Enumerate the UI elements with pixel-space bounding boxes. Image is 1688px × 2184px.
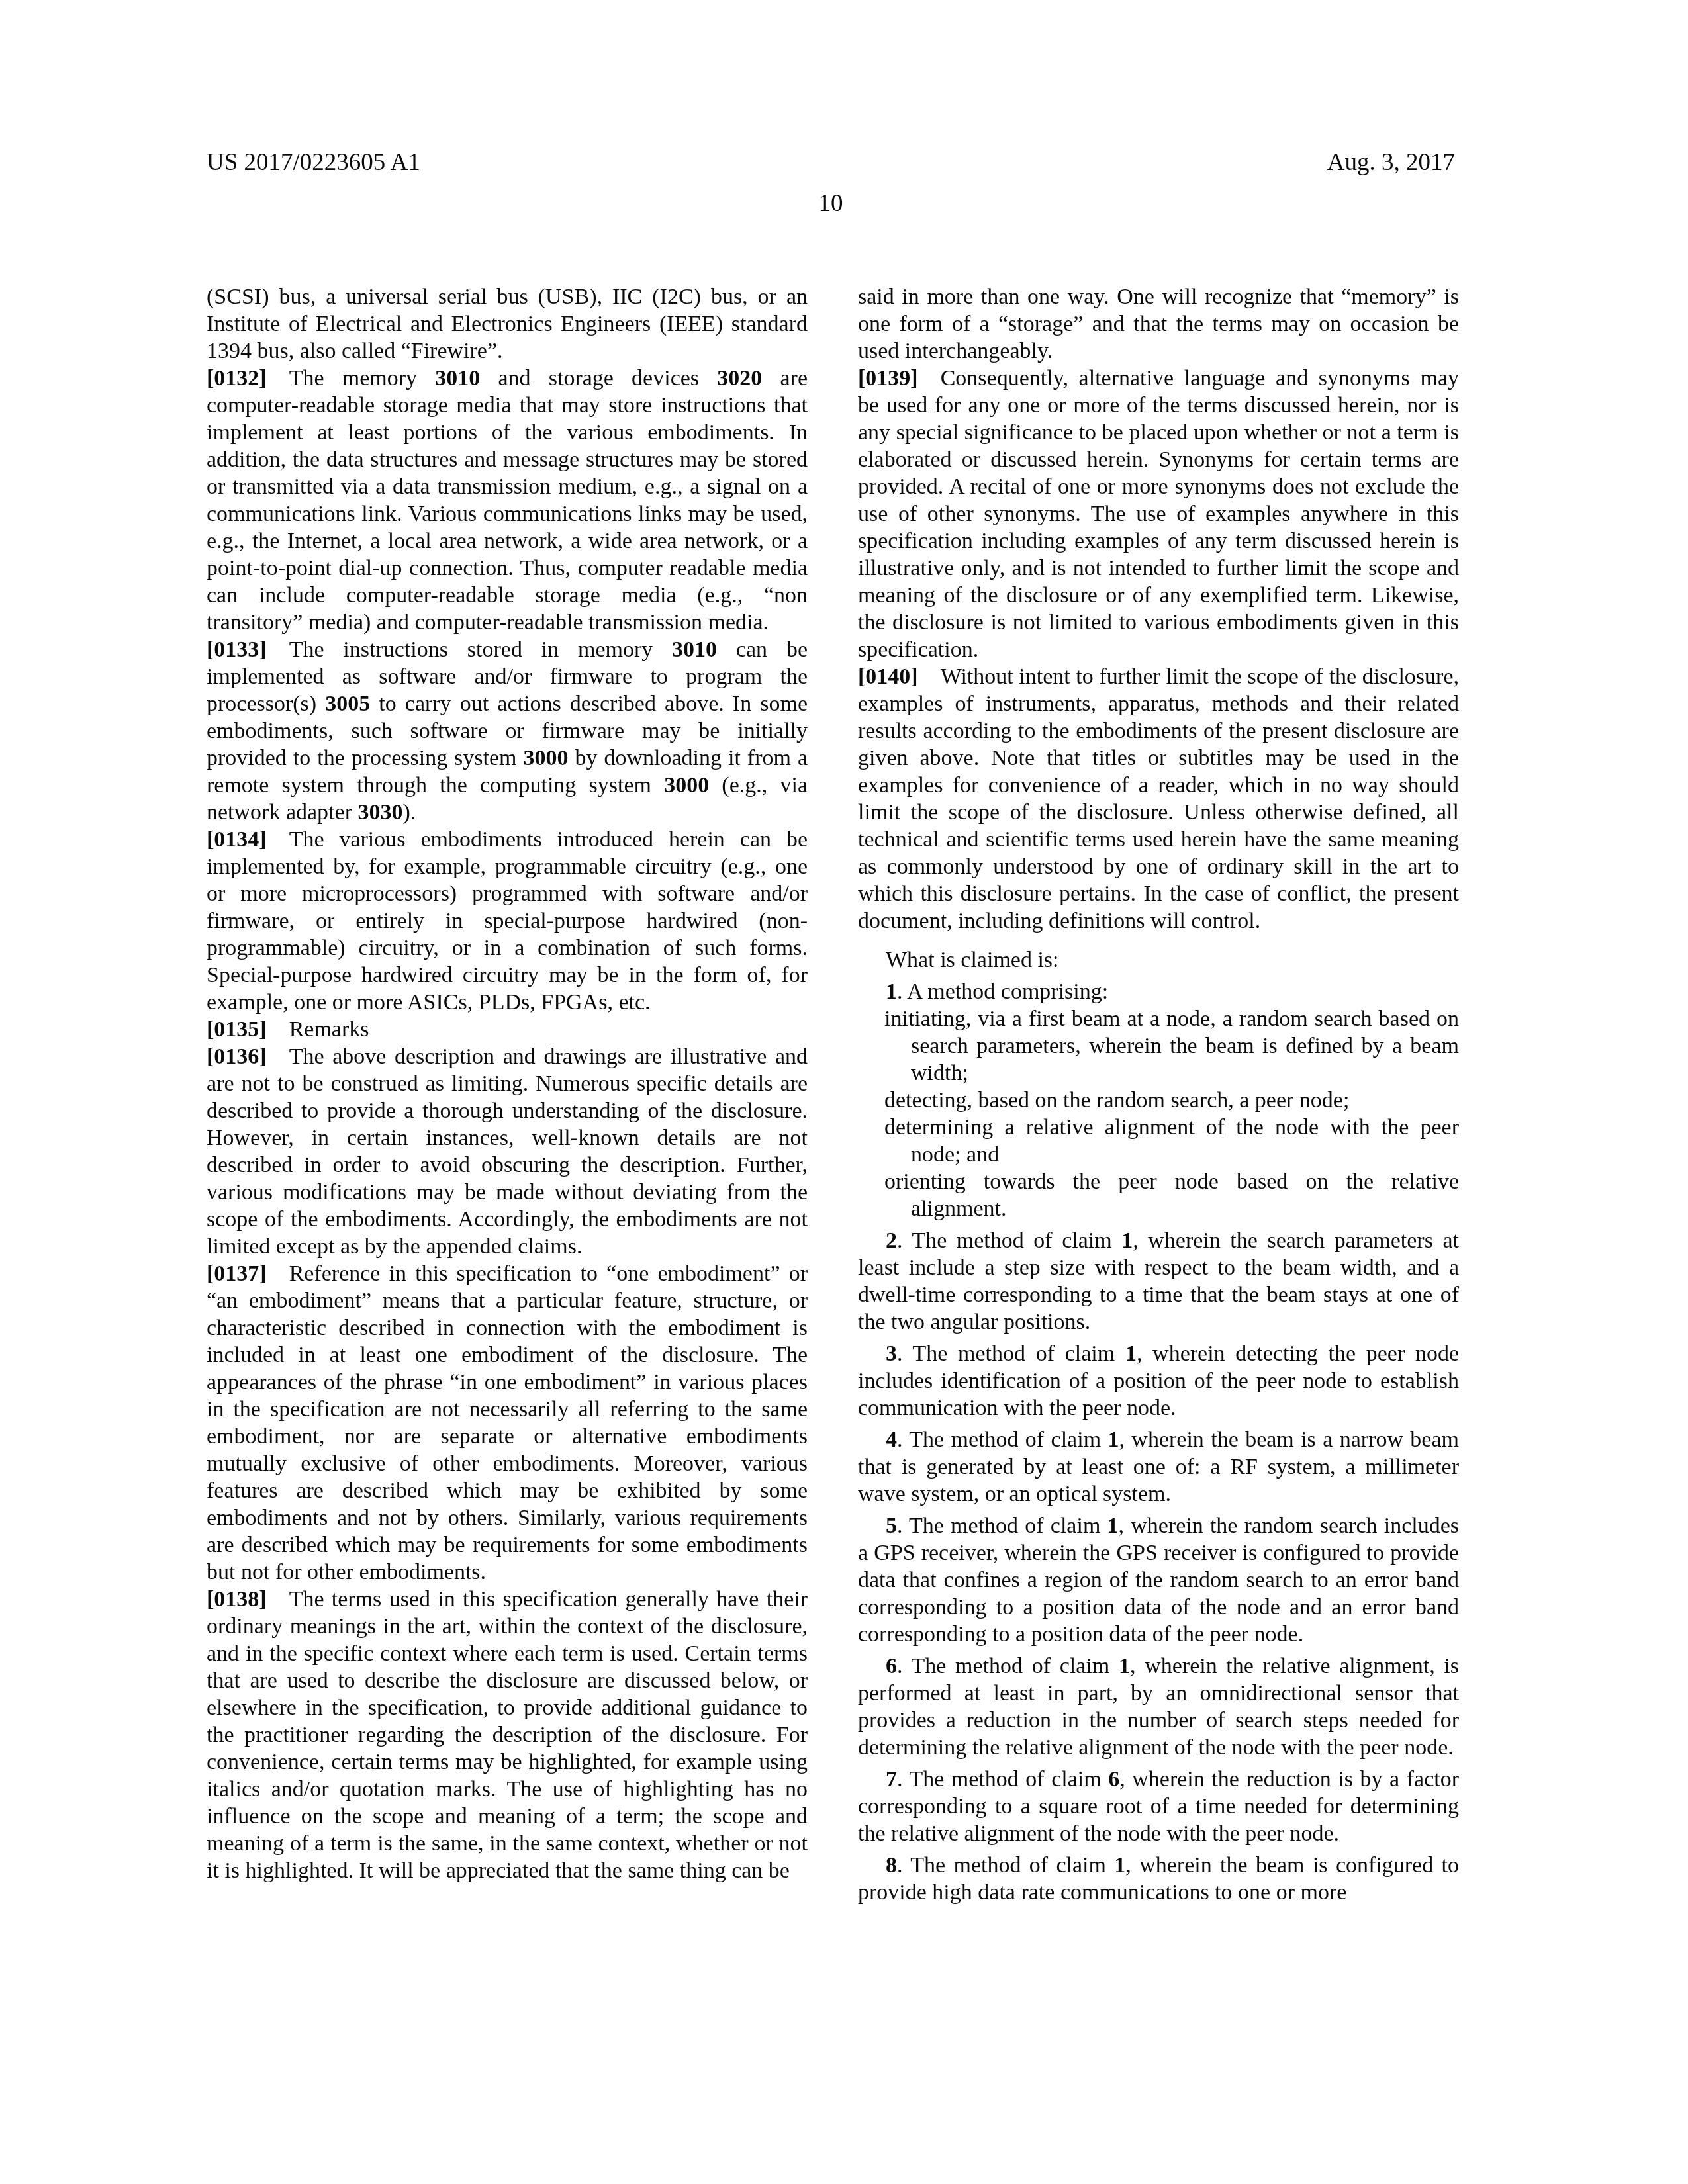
claim-clause: initiating, via a first beam at a node, … (858, 1005, 1459, 1087)
patent-page: US 2017/0223605 A1 Aug. 3, 2017 10 (SCSI… (0, 0, 1688, 2184)
page-number: 10 (819, 190, 843, 217)
page-number-row: 10 (207, 189, 1455, 218)
numbered-paragraph: [0139] Consequently, alternative languag… (858, 365, 1459, 663)
right-column: said in more than one way. One will reco… (858, 283, 1459, 1906)
claim: 5. The method of claim 1, wherein the ra… (858, 1512, 1459, 1648)
claims-intro: What is claimed is: (858, 946, 1459, 974)
claim: 7. The method of claim 6, wherein the re… (858, 1766, 1459, 1847)
claim: 8. The method of claim 1, wherein the be… (858, 1852, 1459, 1906)
numbered-paragraph: [0138] The terms used in this specificat… (207, 1586, 808, 1884)
claim-clause: determining a relative alignment of the … (858, 1114, 1459, 1168)
page-header: US 2017/0223605 A1 Aug. 3, 2017 (207, 148, 1455, 177)
claim: 3. The method of claim 1, wherein detect… (858, 1340, 1459, 1422)
numbered-paragraph: [0133] The instructions stored in memory… (207, 636, 808, 826)
numbered-paragraph: [0134] The various embodiments introduce… (207, 826, 808, 1016)
claim-clause: orienting towards the peer node based on… (858, 1168, 1459, 1222)
paragraph-continuation: (SCSI) bus, a universal serial bus (USB)… (207, 283, 808, 365)
paragraph-continuation: said in more than one way. One will reco… (858, 283, 1459, 365)
publication-date: Aug. 3, 2017 (1327, 148, 1455, 177)
publication-number: US 2017/0223605 A1 (207, 148, 420, 177)
claim: 4. The method of claim 1, wherein the be… (858, 1426, 1459, 1508)
numbered-paragraph: [0136] The above description and drawing… (207, 1043, 808, 1260)
claim: 6. The method of claim 1, wherein the re… (858, 1653, 1459, 1761)
numbered-paragraph: [0132] The memory 3010 and storage devic… (207, 365, 808, 636)
numbered-paragraph: [0140] Without intent to further limit t… (858, 663, 1459, 934)
left-column: (SCSI) bus, a universal serial bus (USB)… (207, 283, 808, 1884)
claim: 2. The method of claim 1, wherein the se… (858, 1227, 1459, 1336)
claim-clause: detecting, based on the random search, a… (858, 1087, 1459, 1114)
numbered-paragraph: [0135] Remarks (207, 1016, 808, 1043)
claim: 1. A method comprising: (858, 978, 1459, 1005)
numbered-paragraph: [0137] Reference in this specification t… (207, 1260, 808, 1586)
